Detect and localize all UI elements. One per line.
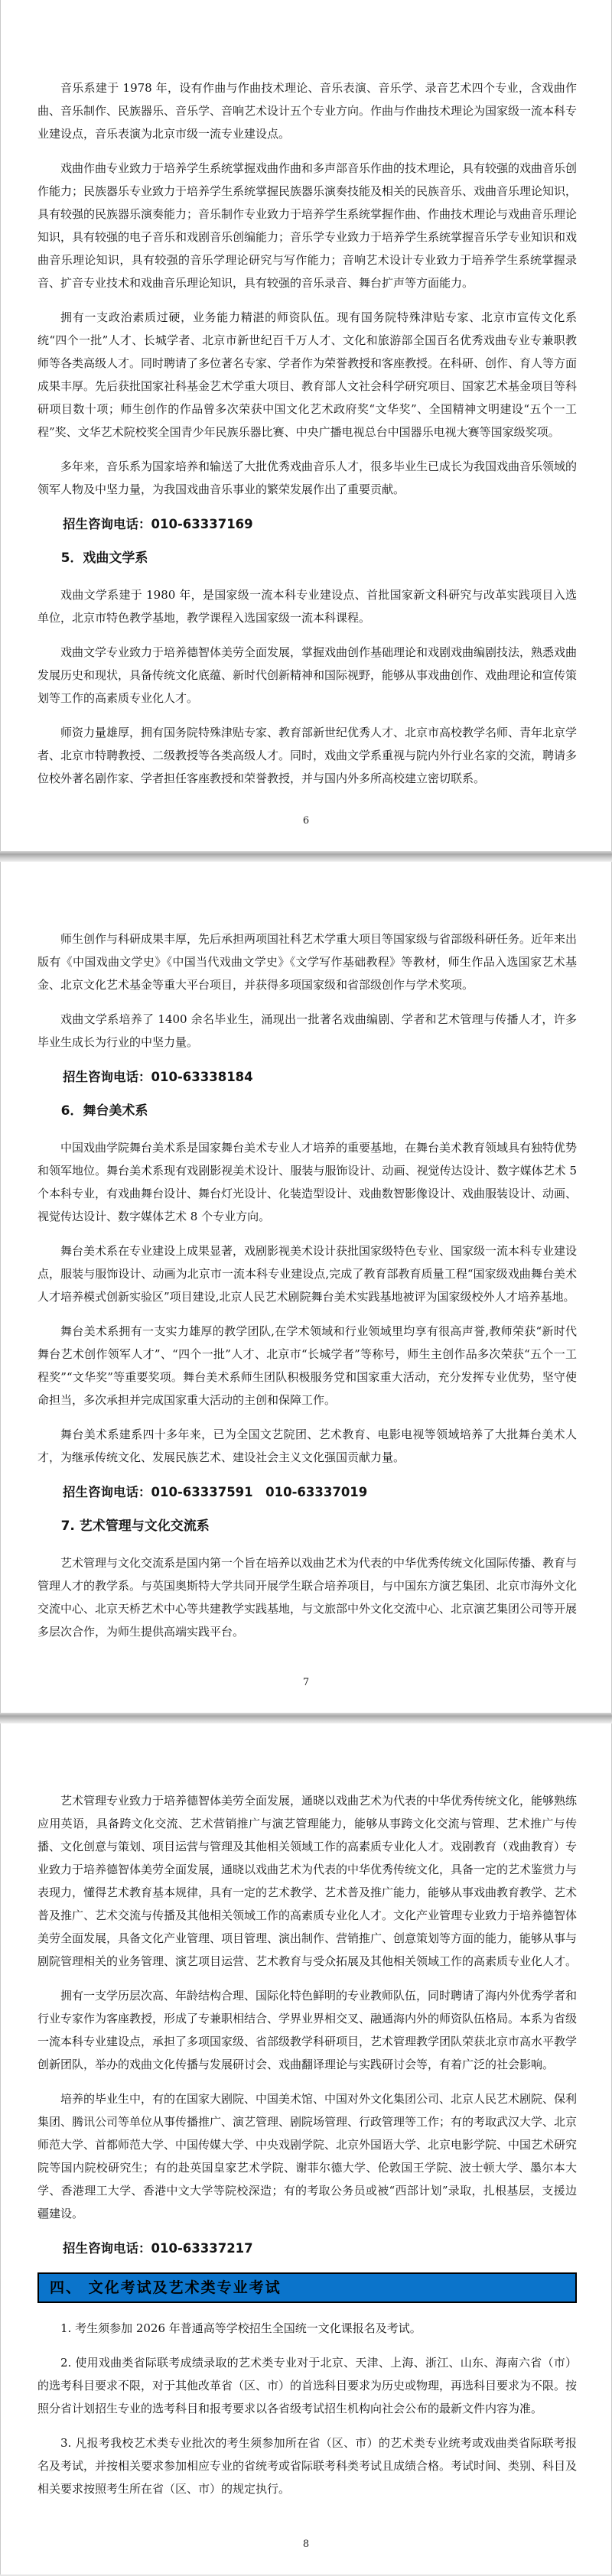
pages-container: 音乐系建于 1978 年，设有作曲与作曲技术理论、音乐表演、音乐学、录音艺术四个…	[0, 0, 612, 2574]
paragraph: 拥有一支政治素质过硬，业务能力精湛的师资队伍。现有国务院特殊津贴专家、北京市宣传…	[37, 306, 577, 443]
paragraph: 1. 考生须参加 2026 年普通高等学校招生全国统一文化课报名及考试。	[37, 2317, 577, 2340]
paragraph: 戏曲文学系培养了 1400 余名毕业生，涌现出一批著名戏曲编剧、学者和艺术管理与…	[37, 1008, 577, 1054]
paragraph: 舞台美术系建系四十多年来，已为全国文艺院团、艺术教育、电影电视等领域培养了大批舞…	[37, 1423, 577, 1469]
paragraph: 戏曲作曲专业致力于培养学生系统掌握戏曲作曲和多声部音乐作曲的技术理论，具有较强的…	[37, 157, 577, 294]
paragraph: 2. 使用戏曲类省际联考成绩录取的艺术类专业对于北京、天津、上海、浙江、山东、海…	[37, 2351, 577, 2420]
paragraph: 拥有一支学历层次高、年龄结构合理、国际化特色鲜明的专业教师队伍，同时聘请了海内外…	[37, 1984, 577, 2076]
phone-line: 招生咨询电话：010-63337217	[37, 2239, 577, 2259]
paragraph: 舞台美术系在专业建设上成果显著，戏剧影视美术设计获批国家级特色专业、国家级一流本…	[37, 1239, 577, 1308]
section-heading: 7. 艺术管理与文化交流系	[37, 1516, 577, 1536]
paragraph: 培养的毕业生中，有的在国家大剧院、中国美术馆、中国对外文化集团公司、北京人民艺术…	[37, 2087, 577, 2225]
paragraph: 艺术管理与文化交流系是国内第一个旨在培养以戏曲艺术为代表的中华优秀传统文化国际传…	[37, 1551, 577, 1643]
paragraph: 师生创作与科研成果丰厚，先后承担两项国社科艺术学重大项目等国家级与省部级科研任务…	[37, 927, 577, 996]
paragraph: 舞台美术系拥有一支实力雄厚的教学团队,在学术领域和行业领域里均享有很高声誉,教师…	[37, 1320, 577, 1411]
paragraph: 戏曲文学专业致力于培养德智体美劳全面发展，掌握戏曲创作基础理论和戏剧戏曲编剧技法…	[37, 641, 577, 710]
page-number: 6	[1, 815, 611, 827]
paragraph: 3. 凡报考我校艺术类专业批次的考生须参加所在省（区、市）的艺术类专业统考或戏曲…	[37, 2431, 577, 2500]
document-page: 师生创作与科研成果丰厚，先后承担两项国社科艺术学重大项目等国家级与省部级科研任务…	[0, 862, 612, 1713]
document-page: 音乐系建于 1978 年，设有作曲与作曲技术理论、音乐表演、音乐学、录音艺术四个…	[0, 0, 612, 851]
section-banner: 四、 文化考试及艺术类专业考试	[37, 2272, 577, 2303]
section-heading: 5．戏曲文学系	[37, 548, 577, 568]
page-gap	[0, 851, 612, 862]
phone-line: 招生咨询电话：010-63338184	[37, 1067, 577, 1087]
paragraph: 多年来，音乐系为国家培养和输送了大批优秀戏曲音乐人才，很多毕业生已成长为我国戏曲…	[37, 455, 577, 501]
page-number: 8	[1, 2539, 611, 2550]
paragraph: 艺术管理专业致力于培养德智体美劳全面发展，通晓以戏曲艺术为代表的中华优秀传统文化…	[37, 1789, 577, 1973]
page-number: 7	[1, 1677, 611, 1688]
section-heading: 6．舞台美术系	[37, 1101, 577, 1121]
page-gap	[0, 1713, 612, 1723]
paragraph: 音乐系建于 1978 年，设有作曲与作曲技术理论、音乐表演、音乐学、录音艺术四个…	[37, 76, 577, 145]
paragraph: 中国戏曲学院舞台美术系是国家舞台美术专业人才培养的重要基地，在舞台美术教育领域具…	[37, 1136, 577, 1228]
paragraph: 戏曲文学系建于 1980 年，是国家级一流本科专业建设点、首批国家新文科研究与改…	[37, 583, 577, 629]
phone-line: 招生咨询电话：010-63337591 010-63337019	[37, 1483, 577, 1502]
phone-line: 招生咨询电话：010-63337169	[37, 515, 577, 534]
document-page: 艺术管理专业致力于培养德智体美劳全面发展，通晓以戏曲艺术为代表的中华优秀传统文化…	[0, 1723, 612, 2574]
paragraph: 师资力量雄厚，拥有国务院特殊津贴专家、教育部新世纪优秀人才、北京市高校教学名师、…	[37, 721, 577, 790]
